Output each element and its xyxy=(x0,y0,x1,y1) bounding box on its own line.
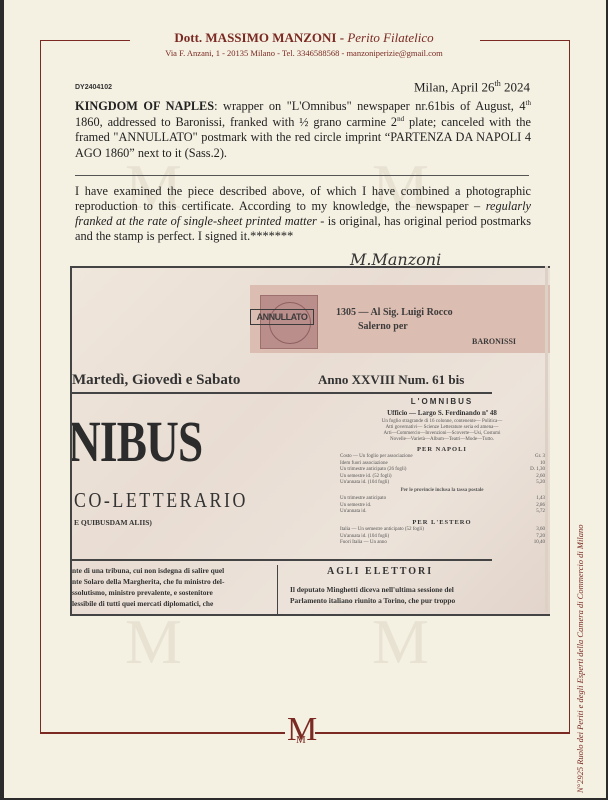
item-photograph: ANNULLATO 1305 — Al Sig. Luigi Rocco Sal… xyxy=(70,266,550,616)
item-description: KINGDOM OF NAPLES: wrapper on "L'Omnibus… xyxy=(75,99,531,161)
certificate-id: DY2404102 xyxy=(75,84,112,91)
masthead-motto: E QUIBUSDAM ALIIS) xyxy=(74,518,152,527)
annullato-cancel: ANNULLATO xyxy=(250,309,314,325)
section-divider xyxy=(75,175,529,176)
issue-number: Anno XXVIII Num. 61 bis xyxy=(318,372,464,388)
estero-heading: PER L'ESTERO xyxy=(372,519,512,526)
masthead-subtitle: CO-LETTERARIO xyxy=(74,488,248,513)
address-line-2: Salerno per xyxy=(358,321,408,332)
registration-note: N°2925 Ruolo dei Periti e degli Esperti … xyxy=(575,525,585,793)
address-line-1: 1305 — Al Sig. Luigi Rocco xyxy=(336,307,453,318)
napoli-price-table: Costo — Un foglio per associazioneGr. 3 … xyxy=(340,454,545,487)
masthead-title: NIBUS xyxy=(70,408,202,475)
article-column-left: nte di una tribuna, cui non isdegna di s… xyxy=(72,565,272,609)
blurb: Un foglio stragrande di 16 colonne, cont… xyxy=(342,419,542,443)
expert-title: Perito Filatelico xyxy=(347,30,433,45)
bottom-rule-right xyxy=(315,732,570,734)
column-divider xyxy=(277,565,278,615)
expert-header: Dott. MASSIMO MANZONI - Perito Filatelic… xyxy=(0,30,608,46)
omnibus-heading: L'OMNIBUS xyxy=(372,397,512,406)
photo-torn-edge xyxy=(545,266,548,612)
elettori-heading: AGLI ELETTORI xyxy=(327,566,433,577)
expert-signature: M.Manzoni xyxy=(350,250,441,269)
bottom-rule-left xyxy=(40,732,285,734)
office-address: Ufficio — Largo S. Ferdinando nº 48 xyxy=(352,409,532,417)
watermark-m-right-bottom: M xyxy=(372,605,429,679)
newspaper-rule-bottom xyxy=(72,559,492,561)
elettori-text: Il deputato Minghetti diceva nell'ultima… xyxy=(290,584,530,606)
logo-small-m: M xyxy=(296,734,306,746)
expert-address: Via F. Anzani, 1 - 20135 Milano - Tel. 3… xyxy=(0,48,608,58)
province-price-table: Un trimestre anticipato1,43 Un semestre … xyxy=(340,496,545,516)
newspaper-wrapper: ANNULLATO 1305 — Al Sig. Luigi Rocco Sal… xyxy=(250,285,550,353)
newspaper-rule-top xyxy=(72,392,492,394)
province-heading: Per le provincie inclusa la tassa postal… xyxy=(342,488,542,494)
description-lead: KINGDOM OF NAPLES xyxy=(75,99,214,113)
estero-price-table: Italia — Un semestre anticipato (52 fogl… xyxy=(340,527,545,547)
manzoni-logo: M M xyxy=(285,712,315,754)
watermark-m-left-bottom: M xyxy=(125,605,182,679)
expert-statement: I have examined the piece described abov… xyxy=(75,184,531,244)
certificate-date: Milan, April 26th 2024 xyxy=(414,79,530,95)
address-line-3: BARONISSI xyxy=(472,337,516,346)
expert-name: Dott. MASSIMO MANZONI xyxy=(174,30,336,45)
per-napoli-heading: PER NAPOLI xyxy=(372,446,512,453)
publication-days: Martedì, Giovedì e Sabato xyxy=(72,372,240,389)
